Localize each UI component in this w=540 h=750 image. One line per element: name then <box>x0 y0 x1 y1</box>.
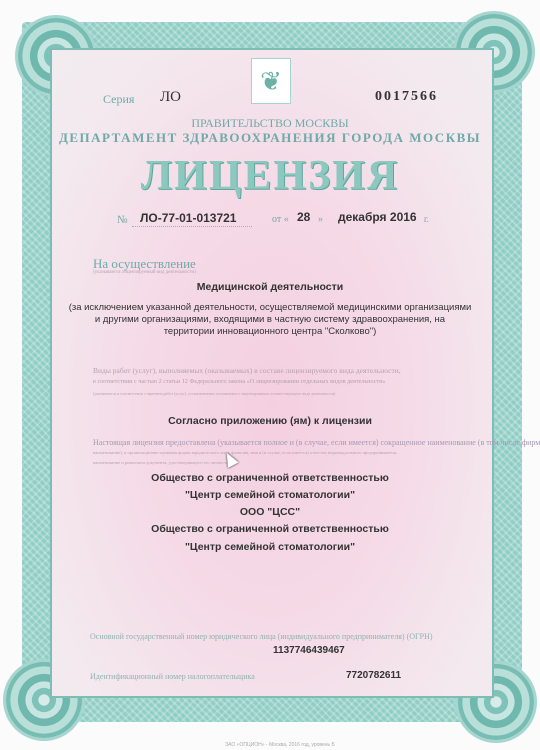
date-close-quote: » <box>318 214 323 225</box>
works-value: Согласно приложению (ям) к лицензии <box>50 415 490 427</box>
grantee-name: "Центр семейной стоматологии" <box>50 489 490 501</box>
date-from-label: от « <box>272 214 289 225</box>
grantee-name: Общество с ограниченной ответственностью <box>50 472 490 484</box>
license-number-label: № <box>117 214 128 226</box>
grantee-intro-line: наименование), и организационно-правовая… <box>93 450 397 455</box>
inn-value: 7720782611 <box>346 670 401 681</box>
license-number: ЛО-77-01-013721 <box>140 211 236 225</box>
grantee-name: "Центр семейной стоматологии" <box>50 541 490 553</box>
activity-label-hint: (указывается лицензируемый вид деятельно… <box>93 270 196 275</box>
license-day: 28 <box>297 210 310 224</box>
activity-exclusion-line: и другими организациями, входящими в час… <box>50 314 490 325</box>
works-label-line: в соответствии с частью 2 статьи 12 Феде… <box>93 378 386 385</box>
grantee-intro-line: наименование и реквизиты документа, удос… <box>93 460 230 465</box>
ogrn-value: 1137746439467 <box>273 645 345 656</box>
serial-number: 0017566 <box>375 89 438 105</box>
grantee-intro-line: Настоящая лицензия предоставлена (указыв… <box>93 438 540 447</box>
government-name: ПРАВИТЕЛЬСТВО МОСКВЫ <box>50 116 490 131</box>
series-label: Серия <box>103 92 134 107</box>
activity-name: Медицинской деятельности <box>50 281 490 293</box>
license-month-year: декабря 2016 <box>338 210 417 224</box>
year-suffix: г. <box>424 214 429 224</box>
ogrn-label: Основной государственный номер юридическ… <box>90 632 433 641</box>
activity-exclusion-line: (за исключением указанной деятельности, … <box>50 302 490 313</box>
printer-footnote: ЗАО «ОПЦИОН» - Москва, 2016 год, уровень… <box>110 742 450 748</box>
activity-exclusion-line: территории инновационного центра "Сколко… <box>50 326 490 337</box>
inn-label: Идентификационный номер налогоплательщик… <box>90 672 255 681</box>
document-title: ЛИЦЕНЗИЯ <box>50 152 490 200</box>
works-hint: (указываются в соответствии с перечнем р… <box>93 391 335 396</box>
grantee-name: Общество с ограниченной ответственностью <box>50 523 490 535</box>
grantee-short-name: ООО "ЦСС" <box>50 506 490 518</box>
series-value: ЛО <box>160 89 181 106</box>
coat-of-arms-icon: ❦ <box>251 58 291 104</box>
department-name: ДЕПАРТАМЕНТ ЗДРАВООХРАНЕНИЯ ГОРОДА МОСКВ… <box>50 130 490 146</box>
works-label-line: Виды работ (услуг), выполняемых (оказыва… <box>93 366 401 375</box>
